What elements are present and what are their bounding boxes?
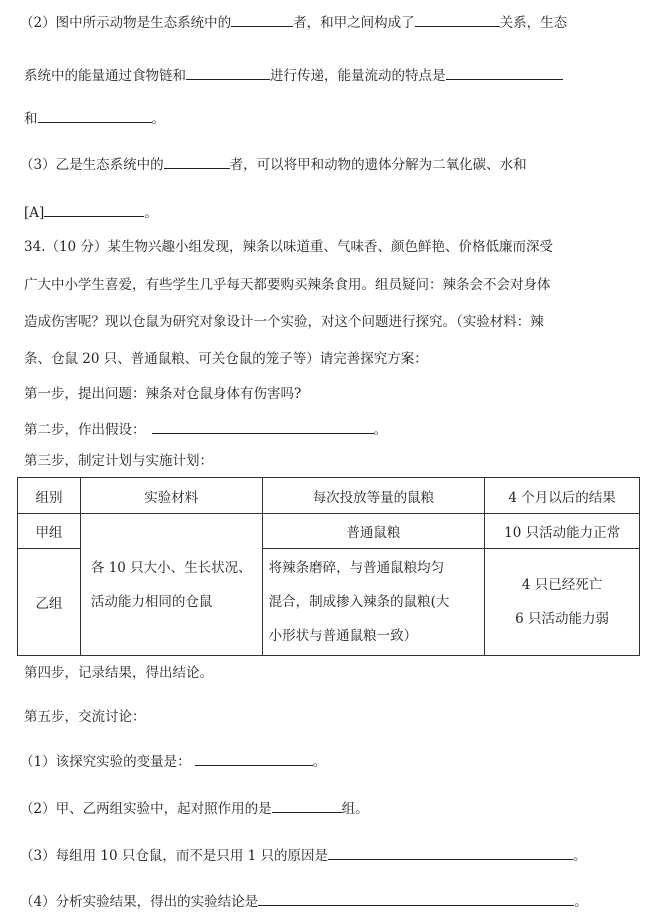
blank-decomposer-role[interactable] bbox=[164, 154, 230, 169]
question-3-line-2: [A]。 bbox=[24, 202, 158, 222]
cell-group-jia: 甲组 bbox=[18, 514, 81, 549]
text: 。 bbox=[374, 422, 388, 438]
question-2-line-2: 系统中的能量通过食物链和进行传递，能量流动的特点是 bbox=[24, 65, 563, 85]
text: 组。 bbox=[342, 801, 369, 817]
cell-food-jia: 普通鼠粮 bbox=[262, 514, 485, 549]
text: 者，和甲之间构成了 bbox=[293, 15, 415, 31]
text: 各 10 只大小、生长状况、 bbox=[91, 551, 262, 585]
blank-control-group[interactable] bbox=[272, 798, 342, 813]
text: 者，可以将甲和动物的遗体分解为二氧化碳、水和 bbox=[230, 157, 527, 173]
blank-consumer-role[interactable] bbox=[231, 12, 293, 27]
text: 小形状与普通鼠粮一致） bbox=[269, 619, 485, 653]
text: （4）分析实验结果，得出的实验结论是 bbox=[20, 894, 258, 910]
text: 。 bbox=[573, 848, 587, 864]
cell-result-yi: 4 只已经死亡 6 只活动能力弱 bbox=[485, 549, 640, 656]
cell-material: 各 10 只大小、生长状况、 活动能力相同的仓鼠 bbox=[80, 514, 262, 656]
discussion-4: （4）分析实验结果，得出的实验结论是。 bbox=[20, 891, 588, 911]
discussion-1: （1）该探究实验的变量是：。 bbox=[20, 751, 326, 771]
text: 。 bbox=[152, 111, 166, 127]
step-1: 第一步，提出问题：辣条对仓鼠身体有伤害吗? bbox=[24, 385, 301, 403]
blank-hypothesis[interactable] bbox=[152, 419, 374, 434]
question-34-intro-line-2: 广大中小学生喜爱，有些学生几乎每天都要购买辣条食用。组员疑问：辣条会不会对身体 bbox=[24, 276, 551, 294]
step-4: 第四步，记录结果，得出结论。 bbox=[24, 664, 213, 682]
blank-relationship[interactable] bbox=[415, 12, 500, 27]
table-header-row: 组别 实验材料 每次投放等量的鼠粮 4 个月以后的结果 bbox=[18, 478, 640, 514]
question-34-intro-line-3: 造成伤害呢？现以仓鼠为研究对象设计一个实验，对这个问题进行探究。（实验材料：辣 bbox=[24, 313, 544, 331]
header-food: 每次投放等量的鼠粮 bbox=[262, 478, 485, 514]
text: 混合，制成掺入辣条的鼠粮(大 bbox=[269, 585, 485, 619]
text: 关系，生态 bbox=[500, 15, 568, 31]
text: （3）每组用 10 只仓鼠，而不是只用 1 只的原因是 bbox=[20, 848, 328, 864]
text: （3）乙是生态系统中的 bbox=[20, 157, 164, 173]
text: 系统中的能量通过食物链和 bbox=[24, 68, 186, 84]
question-3-line-1: （3）乙是生态系统中的者，可以将甲和动物的遗体分解为二氧化碳、水和 bbox=[20, 154, 527, 174]
question-2-line-1: （2）图中所示动物是生态系统中的者，和甲之间构成了关系，生态 bbox=[20, 12, 567, 32]
blank-sample-reason[interactable] bbox=[328, 845, 573, 860]
header-result: 4 个月以后的结果 bbox=[485, 478, 640, 514]
discussion-2: （2）甲、乙两组实验中，起对照作用的是组。 bbox=[20, 798, 369, 818]
blank-conclusion[interactable] bbox=[258, 891, 574, 906]
text: （2）图中所示动物是生态系统中的 bbox=[20, 15, 231, 31]
blank-energy-feature-1[interactable] bbox=[446, 65, 563, 80]
text: 将辣条磨碎，与普通鼠粮均匀 bbox=[269, 551, 485, 585]
blank-variable[interactable] bbox=[195, 751, 313, 766]
step-2: 第二步，作出假设：。 bbox=[24, 419, 387, 439]
text: 4 只已经死亡 bbox=[485, 568, 639, 602]
cell-food-yi: 将辣条磨碎，与普通鼠粮均匀 混合，制成掺入辣条的鼠粮(大 小形状与普通鼠粮一致） bbox=[262, 549, 485, 656]
blank-food-web[interactable] bbox=[186, 65, 270, 80]
question-34-intro-line-1: 34.（10 分）某生物兴趣小组发现，辣条以味道重、气味香、颜色鲜艳、价格低廉而… bbox=[24, 238, 553, 256]
text: 活动能力相同的仓鼠 bbox=[91, 585, 262, 619]
text: 。 bbox=[574, 894, 588, 910]
text: 。 bbox=[313, 754, 327, 770]
text: 和 bbox=[24, 111, 38, 127]
text: 6 只活动能力弱 bbox=[485, 602, 639, 636]
question-2-line-3: 和。 bbox=[24, 108, 165, 128]
header-group: 组别 bbox=[18, 478, 81, 514]
text: 第二步，作出假设： bbox=[24, 422, 146, 438]
text: （2）甲、乙两组实验中，起对照作用的是 bbox=[20, 801, 272, 817]
table-row: 甲组 各 10 只大小、生长状况、 活动能力相同的仓鼠 普通鼠粮 10 只活动能… bbox=[18, 514, 640, 549]
cell-result-jia: 10 只活动能力正常 bbox=[485, 514, 640, 549]
blank-energy-feature-2[interactable] bbox=[38, 108, 152, 123]
text: 进行传递，能量流动的特点是 bbox=[270, 68, 446, 84]
question-34-intro-line-4: 条、仓鼠 20 只、普通鼠粮、可关仓鼠的笼子等）请完善探究方案： bbox=[24, 350, 428, 368]
text: （1）该探究实验的变量是： bbox=[20, 754, 191, 770]
step-5: 第五步，交流讨论： bbox=[24, 708, 146, 726]
step-3: 第三步，制定计划与实施计划： bbox=[24, 452, 213, 470]
header-material: 实验材料 bbox=[80, 478, 262, 514]
text: [A] bbox=[24, 205, 44, 221]
discussion-3: （3）每组用 10 只仓鼠，而不是只用 1 只的原因是。 bbox=[20, 845, 587, 865]
blank-inorganic-salt[interactable] bbox=[44, 202, 144, 217]
cell-group-yi: 乙组 bbox=[18, 549, 81, 656]
text: 。 bbox=[144, 205, 158, 221]
experiment-table: 组别 实验材料 每次投放等量的鼠粮 4 个月以后的结果 甲组 各 10 只大小、… bbox=[17, 477, 640, 656]
